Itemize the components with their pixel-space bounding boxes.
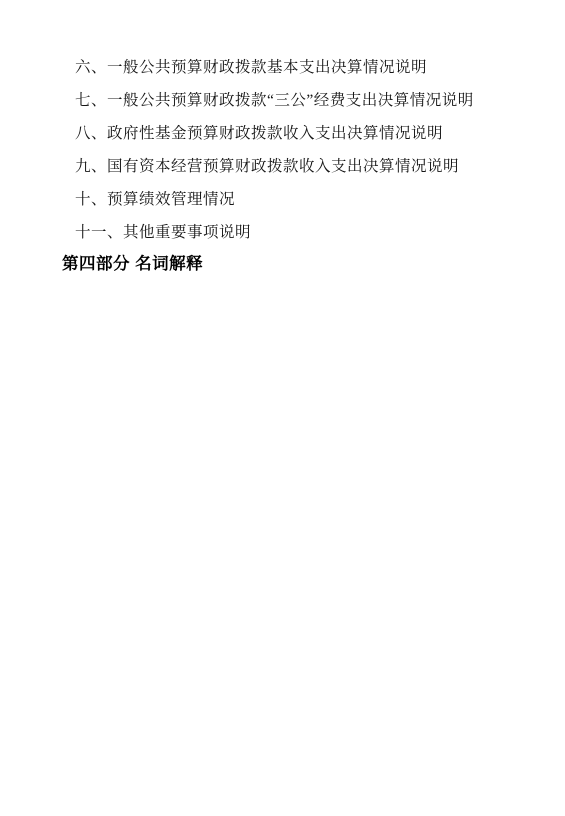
section-heading-part4: 第四部分 名词解释	[62, 251, 510, 277]
document-page: 六、一般公共预算财政拨款基本支出决算情况说明 七、一般公共预算财政拨款“三公”经…	[0, 0, 565, 816]
toc-item-8: 八、政府性基金预算财政拨款收入支出决算情况说明	[75, 117, 510, 150]
toc-list: 六、一般公共预算财政拨款基本支出决算情况说明 七、一般公共预算财政拨款“三公”经…	[62, 51, 510, 249]
toc-item-6: 六、一般公共预算财政拨款基本支出决算情况说明	[75, 51, 510, 84]
toc-item-10: 十、预算绩效管理情况	[75, 183, 510, 216]
toc-item-11: 十一、其他重要事项说明	[75, 216, 510, 249]
toc-item-9: 九、国有资本经营预算财政拨款收入支出决算情况说明	[75, 150, 510, 183]
toc-item-7: 七、一般公共预算财政拨款“三公”经费支出决算情况说明	[75, 84, 510, 117]
